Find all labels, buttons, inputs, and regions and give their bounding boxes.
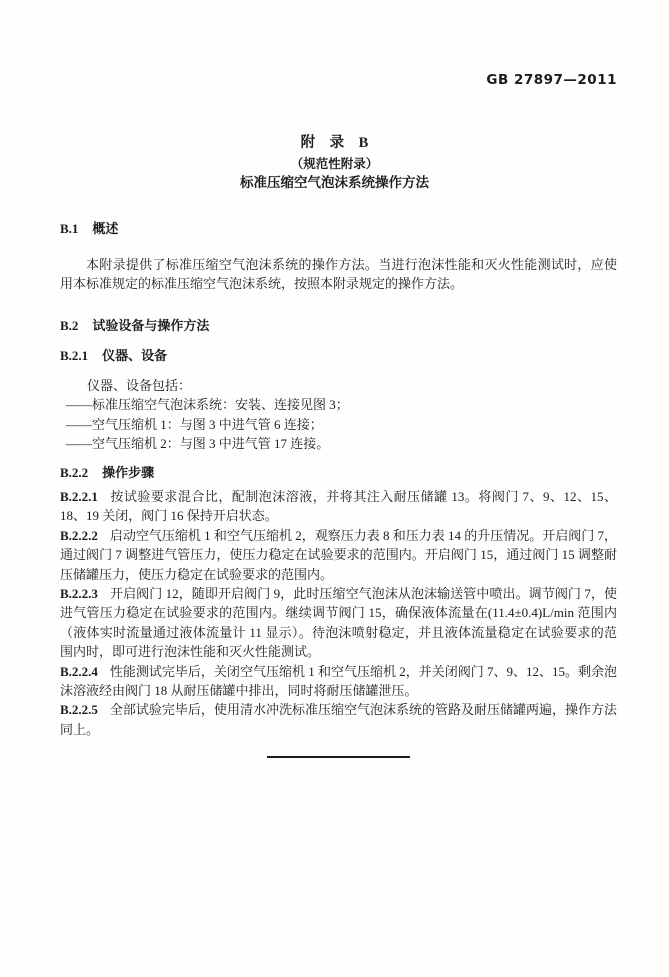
operation-steps: B.2.2.1按试验要求混合比，配制泡沫溶液，并将其注入耐压储罐 13。将阀门 … (60, 487, 617, 739)
paragraph-b1: 本附录提供了标准压缩空气泡沫系统的操作方法。当进行泡沫性能和灭火性能测试时，应使… (60, 255, 617, 294)
section-heading-b21: B.2.1仪器、设备 (60, 345, 167, 364)
step-paragraph: B.2.2.5全部试验完毕后，使用清水冲洗标准压缩空气泡沫系统的管路及耐压储罐两… (60, 700, 617, 739)
document-page: GB 27897—2011 附 录 B （规范性附录） 标准压缩空气泡沫系统操作… (0, 0, 669, 977)
step-number: B.2.2.2 (60, 528, 110, 543)
step-number: B.2.2.4 (60, 664, 110, 679)
standard-code: GB 27897—2011 (486, 72, 617, 88)
section-title: 试验设备与操作方法 (92, 318, 209, 333)
appendix-title: 附 录 B (0, 131, 669, 152)
step-paragraph: B.2.2.2启动空气压缩机 1 和空气压缩机 2，观察压力表 8 和压力表 1… (60, 526, 617, 584)
step-text: 性能测试完毕后，关闭空气压缩机 1 和空气压缩机 2，并关闭阀门 7、9、12、… (60, 664, 617, 698)
appendix-name: 标准压缩空气泡沫系统操作方法 (0, 171, 669, 191)
section-heading-b1: B.1概述 (60, 218, 118, 237)
step-number: B.2.2.1 (60, 489, 110, 504)
section-title: 概述 (92, 221, 118, 236)
section-number: B.1 (60, 221, 78, 236)
step-paragraph: B.2.2.1按试验要求混合比，配制泡沫溶液，并将其注入耐压储罐 13。将阀门 … (60, 487, 617, 526)
equipment-intro: 仪器、设备包括： (87, 375, 191, 394)
step-text: 启动空气压缩机 1 和空气压缩机 2，观察压力表 8 和压力表 14 的升压情况… (60, 528, 617, 582)
step-text: 开启阀门 12，随即开启阀门 9，此时压缩空气泡沫从泡沫输送管中喷出。调节阀门 … (60, 586, 617, 659)
step-paragraph: B.2.2.3开启阀门 12，随即开启阀门 9，此时压缩空气泡沫从泡沫输送管中喷… (60, 584, 617, 662)
section-number: B.2 (60, 318, 78, 333)
step-text: 全部试验完毕后，使用清水冲洗标准压缩空气泡沫系统的管路及耐压储罐两遍，操作方法同… (60, 702, 617, 736)
step-number: B.2.2.3 (60, 586, 110, 601)
section-heading-b2: B.2试验设备与操作方法 (60, 315, 209, 334)
section-number: B.2.1 (60, 348, 88, 363)
list-item: ——空气压缩机 2：与图 3 中进气管 17 连接。 (66, 434, 349, 454)
section-heading-b22: B.2.2操作步骤 (60, 462, 154, 481)
step-number: B.2.2.5 (60, 702, 110, 717)
equipment-list: ——标准压缩空气泡沫系统：安装、连接见图 3； ——空气压缩机 1：与图 3 中… (66, 395, 349, 454)
section-title: 操作步骤 (102, 465, 154, 480)
step-text: 按试验要求混合比，配制泡沫溶液，并将其注入耐压储罐 13。将阀门 7、9、12、… (60, 489, 617, 523)
end-of-document-rule (267, 756, 410, 758)
section-title: 仪器、设备 (102, 348, 167, 363)
section-number: B.2.2 (60, 465, 88, 480)
list-item: ——标准压缩空气泡沫系统：安装、连接见图 3； (66, 395, 349, 415)
appendix-subtitle: （规范性附录） (0, 154, 669, 172)
list-item: ——空气压缩机 1：与图 3 中进气管 6 连接； (66, 415, 349, 435)
step-paragraph: B.2.2.4性能测试完毕后，关闭空气压缩机 1 和空气压缩机 2，并关闭阀门 … (60, 662, 617, 701)
